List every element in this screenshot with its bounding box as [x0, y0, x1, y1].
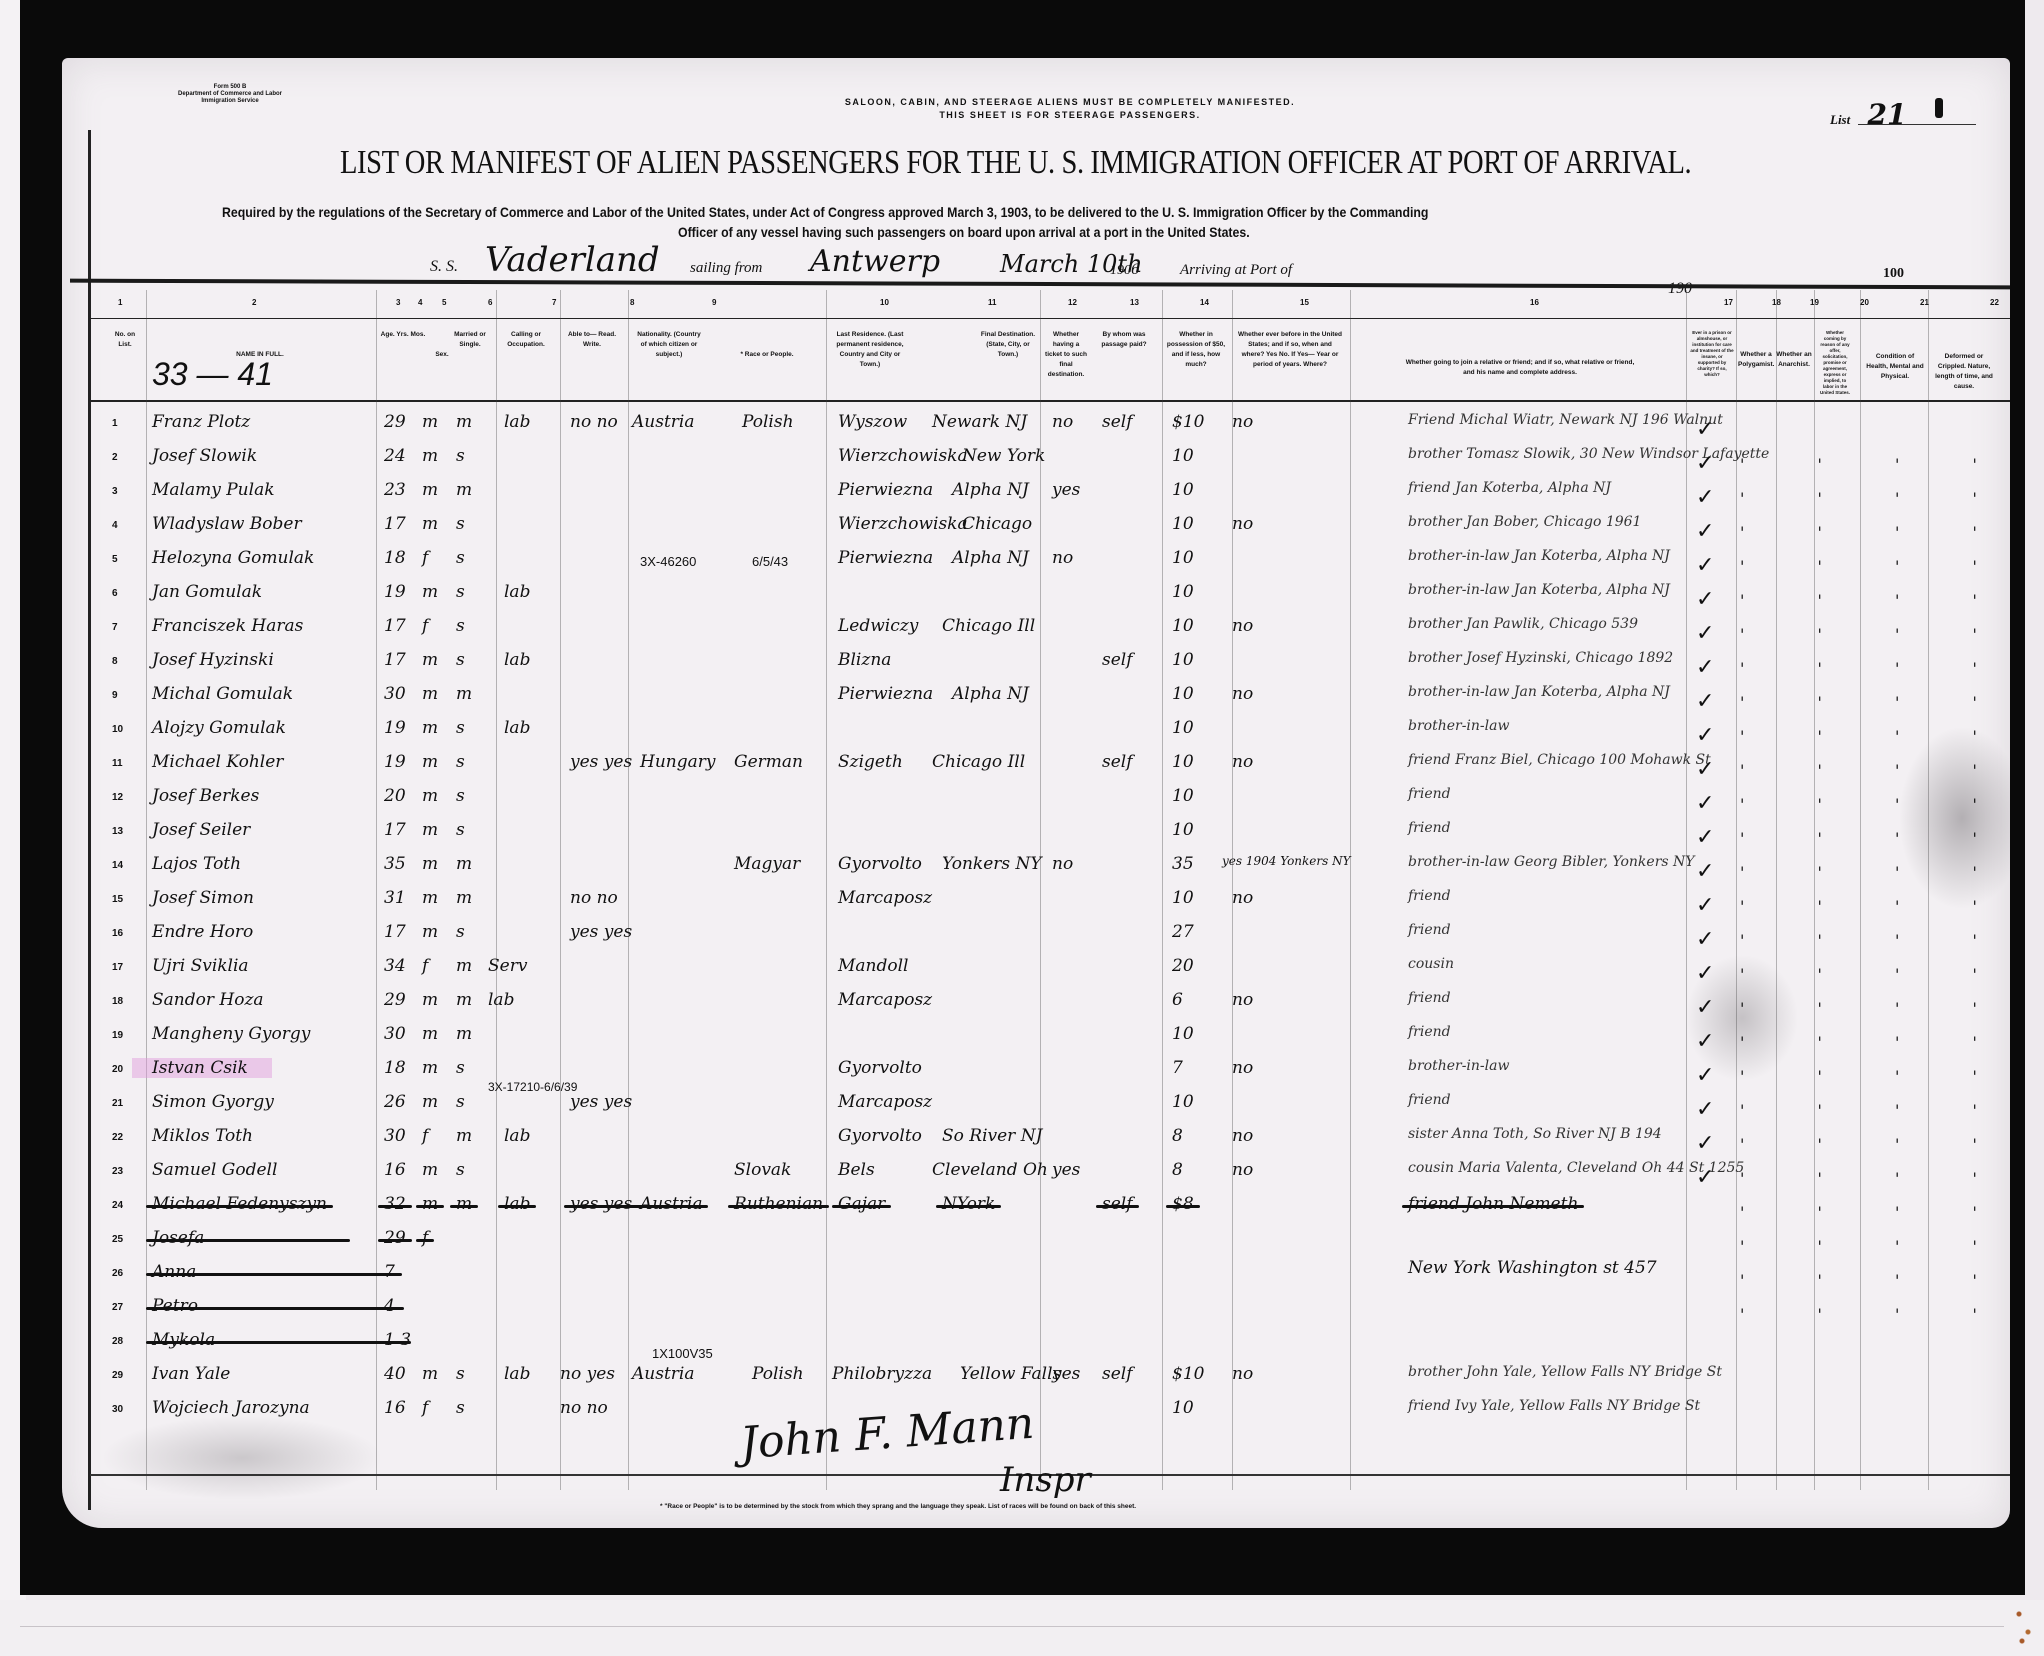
passenger-sex: f [422, 1228, 428, 1248]
passenger-occupation: lab [504, 1126, 530, 1146]
passenger-race: Slovak [734, 1160, 791, 1180]
passenger-marital: s [456, 514, 465, 534]
header-last-residence: Last Residence. (Last permanent residenc… [832, 330, 908, 370]
passenger-name: Michael Kohler [152, 752, 283, 772]
table-row-struck: 27 Petro 4 [92, 1292, 2012, 1326]
passenger-age: 29 [384, 412, 406, 432]
passenger-money: 20 [1172, 956, 1194, 976]
col-num: 3 [396, 298, 400, 307]
passenger-race: Polish [742, 412, 794, 432]
arriving-label: Arriving at Port of [1180, 262, 1292, 279]
passenger-age: 30 [384, 684, 406, 704]
col-num: 10 [880, 298, 889, 307]
passenger-marital: m [456, 1024, 472, 1044]
passenger-marital: s [456, 820, 465, 840]
passenger-joining: brother-in-law [1408, 1058, 1509, 1074]
passenger-nationality: Austria [632, 1364, 694, 1384]
passenger-name: Michael Fedenyszyn [152, 1194, 327, 1214]
passenger-age: 16 [384, 1160, 406, 1180]
column-numbers: 1 2 3 4 5 6 7 8 9 10 11 12 13 14 15 16 1… [90, 298, 2010, 316]
passenger-money: 10 [1172, 752, 1194, 772]
col-num: 16 [1530, 298, 1539, 307]
col-num: 4 [418, 298, 422, 307]
passenger-sex: m [422, 412, 438, 432]
passenger-age: 29 [384, 1228, 406, 1248]
passenger-joining: brother Tomasz Slowik, 30 New Windsor La… [1408, 446, 1769, 462]
passenger-money: 8 [1172, 1160, 1183, 1180]
passenger-joining: brother-in-law Georg Bibler, Yonkers NY [1408, 854, 1695, 870]
sailing-from-label: sailing from [690, 260, 762, 277]
passenger-residence: Pierwiezna [838, 548, 933, 568]
row-number: 23 [112, 1166, 123, 1177]
passenger-age: 32 [384, 1194, 406, 1214]
ship-name: Vaderland [485, 240, 660, 280]
sheet-number: 100 [1883, 266, 1904, 282]
passenger-residence: Szigeth [838, 752, 903, 772]
passenger-marital: m [456, 888, 472, 908]
row-number: 18 [112, 996, 123, 1007]
passenger-before-us: no [1232, 616, 1253, 636]
passenger-nationality: Austria [632, 412, 694, 432]
list-number-value: 21 [1867, 98, 1906, 131]
passenger-name: Lajos Toth [152, 854, 241, 874]
passenger-age: 19 [384, 718, 406, 738]
passenger-race: German [734, 752, 803, 772]
header-money: Whether in possession of $50, and if les… [1166, 330, 1226, 370]
header-contract-labor: Whether coming by reason of any offer, s… [1818, 330, 1852, 396]
row-number: 22 [112, 1132, 123, 1143]
table-row: 1 Franz Plotz 29 m m lab no no Austria P… [92, 408, 2012, 442]
rust-stain [2010, 1590, 2040, 1650]
col-num: 2 [252, 298, 256, 307]
passenger-marital: s [456, 1092, 465, 1112]
passenger-name: Franz Plotz [152, 412, 250, 432]
passenger-occupation: Serv [488, 956, 527, 976]
header-race: * Race or People. [736, 350, 798, 360]
header-age: Age. Yrs. Mos. [378, 330, 428, 340]
passenger-money: 27 [1172, 922, 1194, 942]
table-row: 19 Mangheny Gyorgy 30 m m 10 friend [92, 1020, 2012, 1054]
passenger-joining: brother-in-law Jan Koterba, Alpha NJ [1408, 582, 1670, 598]
passenger-money: $10 [1172, 412, 1204, 432]
passenger-name: Malamy Pulak [152, 480, 275, 500]
passenger-literacy: yes yes [570, 1092, 632, 1112]
row-number: 9 [112, 690, 118, 701]
naturalization-note: 3X-46260 [640, 554, 696, 569]
passenger-joining: friend [1408, 922, 1451, 938]
passenger-literacy: no no [570, 888, 618, 908]
row-number: 24 [112, 1200, 123, 1211]
passenger-money: 10 [1172, 1398, 1194, 1418]
ditto-marks: ' ' ' ' '' ' ' ' '' ' ' ' '' ' ' ' '' ' … [1740, 448, 2044, 1332]
header-passage-paid: By whom was passage paid? [1098, 330, 1150, 350]
row-number: 3 [112, 486, 118, 497]
col-num: 17 [1724, 298, 1733, 307]
passenger-age: 19 [384, 582, 406, 602]
row-number: 2 [112, 452, 118, 463]
table-row: 9 Michal Gomulak 30 m m Pierwiezna Alpha… [92, 680, 2012, 714]
passenger-name: Franciszek Haras [152, 616, 303, 636]
passenger-age: 18 [384, 1058, 406, 1078]
passenger-age: 35 [384, 854, 406, 874]
requirement-line-1: Required by the regulations of the Secre… [222, 204, 1428, 220]
passenger-sex: m [422, 786, 438, 806]
passenger-money: 10 [1172, 684, 1194, 704]
passenger-age: 1 3 [384, 1330, 411, 1350]
row-number: 19 [112, 1030, 123, 1041]
col-num: 20 [1860, 298, 1869, 307]
passenger-paid-by: self [1102, 412, 1133, 432]
passenger-money: 7 [1172, 1058, 1183, 1078]
passenger-before-us: no [1232, 1058, 1253, 1078]
passenger-sex: f [422, 616, 428, 636]
table-row: 12 Josef Berkes 20 m s 10 friend [92, 782, 2012, 816]
table-row: 23 Samuel Godell 16 m s Slovak Bels Clev… [92, 1156, 2012, 1190]
passenger-sex: m [422, 1364, 438, 1384]
col-num: 11 [988, 298, 996, 307]
naturalization-note: 3X-17210-6/6/39 [488, 1080, 577, 1094]
table-row-struck: 24 Michael Fedenyszyn 32 m m lab yes yes… [92, 1190, 2012, 1224]
passenger-age: 17 [384, 820, 406, 840]
col-num: 14 [1200, 298, 1209, 307]
passenger-age: 30 [384, 1024, 406, 1044]
passenger-residence: Philobryzza [832, 1364, 932, 1384]
passenger-name: Wladyslaw Bober [152, 514, 302, 534]
passenger-marital: m [456, 684, 472, 704]
table-row: 10 Alojzy Gomulak 19 m s lab 10 brother-… [92, 714, 2012, 748]
header-occupation: Calling or Occupation. [498, 330, 554, 350]
table-row: 4 Wladyslaw Bober 17 m s Wierzchowiska C… [92, 510, 2012, 544]
passenger-name: Endre Horo [152, 922, 253, 942]
header-joining: Whether going to join a relative or frie… [1400, 358, 1640, 378]
header-polygamist: Whether a Polygamist. [1738, 350, 1774, 370]
passenger-marital: s [456, 1160, 465, 1180]
passenger-money: $8 [1172, 1194, 1194, 1214]
table-row: 14 Lajos Toth 35 m m Magyar Gyorvolto Yo… [92, 850, 2012, 884]
passenger-marital: s [456, 786, 465, 806]
col-num: 15 [1300, 298, 1309, 307]
ship-prefix: S. S. [430, 258, 458, 276]
passenger-marital: s [456, 582, 465, 602]
passenger-destination: Alpha NJ [952, 480, 1029, 500]
passenger-money: 10 [1172, 650, 1194, 670]
ink-mark [1935, 98, 1943, 118]
passenger-joining: brother Jan Pawlik, Chicago 539 [1408, 616, 1638, 632]
passenger-sex: m [422, 684, 438, 704]
passenger-before-us: no [1232, 684, 1253, 704]
passenger-marital: s [456, 718, 465, 738]
passenger-sex: m [422, 1092, 438, 1112]
passenger-destination: So River NJ [942, 1126, 1042, 1146]
table-row: 8 Josef Hyzinski 17 m s lab Blizna self … [92, 646, 2012, 680]
passenger-age: 17 [384, 650, 406, 670]
passenger-money: 10 [1172, 1024, 1194, 1044]
passenger-money: 10 [1172, 616, 1194, 636]
passenger-residence: Mandoll [838, 956, 908, 976]
passenger-occupation: lab [504, 718, 530, 738]
table-row: 18 Sandor Hoza 29 m m lab Marcaposz 6 no… [92, 986, 2012, 1020]
passenger-joining: friend [1408, 786, 1451, 802]
passenger-name: Alojzy Gomulak [152, 718, 286, 738]
passenger-residence: Wierzchowiska [838, 514, 968, 534]
list-number: List 21 [1830, 98, 1906, 131]
row-number: 15 [112, 894, 123, 905]
table-row-struck: 26 Anna 7 [92, 1258, 2012, 1292]
table-row: 2 Josef Slowik 24 m s Wierzchowiska New … [92, 442, 2012, 476]
passenger-name: Ivan Yale [152, 1364, 230, 1384]
passenger-marital: m [456, 412, 472, 432]
passenger-money: 10 [1172, 582, 1194, 602]
passenger-sex: m [422, 650, 438, 670]
passenger-money: $10 [1172, 1364, 1204, 1384]
passenger-joining: sister Anna Toth, So River NJ B 194 [1408, 1126, 1662, 1142]
passenger-literacy: no yes [560, 1364, 615, 1384]
passenger-joining: friend John Nemeth [1408, 1194, 1578, 1214]
passenger-name: Josefa [152, 1228, 344, 1248]
passenger-destination: NYork [942, 1194, 995, 1214]
passenger-before-us: no [1232, 412, 1253, 432]
passenger-occupation: lab [488, 990, 514, 1010]
passenger-name: Michal Gomulak [152, 684, 293, 704]
sailing-port: Antwerp [810, 244, 940, 279]
passenger-marital: s [456, 548, 465, 568]
passenger-joining: brother Jan Bober, Chicago 1961 [1408, 514, 1641, 530]
passenger-name: Ujri Sviklia [152, 956, 249, 976]
passenger-money: 10 [1172, 820, 1194, 840]
passenger-marital: s [456, 922, 465, 942]
passenger-sex: m [422, 1194, 438, 1214]
passenger-ticket: no [1052, 854, 1073, 874]
passenger-money: 10 [1172, 514, 1194, 534]
list-underline [1858, 124, 1976, 125]
passenger-money: 10 [1172, 786, 1194, 806]
passenger-residence: Gajar [838, 1194, 885, 1214]
col-num: 13 [1130, 298, 1139, 307]
passenger-joining: cousin [1408, 956, 1454, 972]
row-number: 4 [112, 520, 118, 531]
year-printed: 190 [1110, 263, 1131, 278]
passenger-marital: s [456, 616, 465, 636]
margin-rule [88, 130, 91, 1510]
passenger-age: 23 [384, 480, 406, 500]
passenger-sex: m [422, 888, 438, 908]
row-number: 16 [112, 928, 123, 939]
requirement-line-2: Officer of any vessel having such passen… [678, 224, 1250, 240]
passenger-residence: Gyorvolto [838, 1126, 922, 1146]
passenger-money: 10 [1172, 888, 1194, 908]
passenger-name: Petro [152, 1296, 398, 1316]
passenger-money: 10 [1172, 718, 1194, 738]
passenger-destination: Yellow Falls [960, 1364, 1061, 1384]
arriving-year: 190 [1668, 280, 1692, 298]
passenger-residence: Gyorvolto [838, 854, 922, 874]
col-num: 9 [712, 298, 716, 307]
passenger-race: Ruthenian [734, 1194, 823, 1214]
passenger-before-us: yes 1904 Yonkers NY [1222, 854, 1351, 868]
header-read-write: Able to— Read. Write. [562, 330, 622, 350]
col-num: 12 [1068, 298, 1077, 307]
column-number-rule [90, 318, 2010, 319]
passenger-joining: brother John Yale, Yellow Falls NY Bridg… [1408, 1364, 1722, 1380]
passenger-nationality: Hungary [640, 752, 715, 772]
table-row-highlighted: 20 Istvan Csik 18 m s Gyorvolto 7 no bro… [92, 1054, 2012, 1088]
passenger-destination: Newark NJ [932, 412, 1027, 432]
passenger-marital: s [456, 1398, 465, 1418]
row-number: 28 [112, 1336, 123, 1347]
passenger-residence: Blizna [838, 650, 891, 670]
passenger-marital: s [456, 752, 465, 772]
col-num: 5 [442, 298, 446, 307]
passenger-name: Helozyna Gomulak [152, 548, 314, 568]
passenger-money: 8 [1172, 1126, 1183, 1146]
passenger-marital: s [456, 1364, 465, 1384]
passenger-occupation: lab [504, 582, 530, 602]
passenger-sex: m [422, 514, 438, 534]
passenger-destination: Chicago Ill [942, 616, 1035, 636]
passenger-before-us: no [1232, 1160, 1253, 1180]
group-mark: 33 — 41 [152, 356, 273, 393]
passenger-sex: m [422, 718, 438, 738]
passenger-sex: f [422, 1126, 428, 1146]
passenger-race: Polish [752, 1364, 804, 1384]
passenger-destination: Alpha NJ [952, 684, 1029, 704]
row-number: 30 [112, 1404, 123, 1415]
passenger-name: Jan Gomulak [152, 582, 262, 602]
table-row: 11 Michael Kohler 19 m s yes yes Hungary… [92, 748, 2012, 782]
header-no: No. on List. [110, 330, 140, 350]
passenger-age: 20 [384, 786, 406, 806]
passenger-sex: m [422, 922, 438, 942]
passenger-occupation: lab [504, 1364, 530, 1384]
row-number: 8 [112, 656, 118, 667]
passenger-joining: brother Josef Hyzinski, Chicago 1892 [1408, 650, 1673, 666]
passenger-residence: Marcaposz [838, 990, 932, 1010]
passenger-ticket: yes [1052, 1160, 1080, 1180]
passenger-marital: m [456, 854, 472, 874]
passenger-age: 17 [384, 922, 406, 942]
table-row: 16 Endre Horo 17 m s yes yes 27 friend [92, 918, 2012, 952]
passenger-marital: s [456, 1058, 465, 1078]
passenger-joining: brother-in-law Jan Koterba, Alpha NJ [1408, 548, 1670, 564]
passenger-name: Josef Hyzinski [152, 650, 274, 670]
passenger-literacy: yes yes [570, 922, 632, 942]
col-num: 22 [1990, 298, 1999, 307]
row-number: 13 [112, 826, 123, 837]
passenger-sex: f [422, 548, 428, 568]
passenger-age: 18 [384, 548, 406, 568]
passenger-before-us: no [1232, 888, 1253, 908]
passenger-sex: m [422, 752, 438, 772]
header-final-destination: Final Destination. (State, City, or Town… [976, 330, 1040, 360]
scanner-bed [0, 1600, 2044, 1656]
passenger-joining: friend [1408, 1092, 1451, 1108]
passenger-name: Mangheny Gyorgy [152, 1024, 310, 1044]
row-number: 29 [112, 1370, 123, 1381]
row-number: 20 [112, 1064, 123, 1075]
passenger-sex: f [422, 1398, 428, 1418]
table-row: 7 Franciszek Haras 17 f s Ledwiczy Chica… [92, 612, 2012, 646]
passenger-residence: Ledwiczy [838, 616, 918, 636]
col-num: 6 [488, 298, 492, 307]
passenger-money: 10 [1172, 480, 1194, 500]
passenger-marital: m [456, 990, 472, 1010]
passenger-residence: Wierzchowiska [838, 446, 968, 466]
passenger-before-us: no [1232, 752, 1253, 772]
table-row-struck: 28 Mykola 1 3 [92, 1326, 2012, 1360]
passenger-age: 29 [384, 990, 406, 1010]
passenger-name: Josef Seiler [152, 820, 250, 840]
row-number: 11 [112, 758, 123, 769]
annotation-code: 1X100V35 [652, 1346, 713, 1361]
manifest-warning: SALOON, CABIN, AND STEERAGE ALIENS MUST … [700, 96, 1440, 122]
passenger-literacy: yes yes [570, 1194, 632, 1214]
passenger-age: 31 [384, 888, 406, 908]
passenger-joining: brother-in-law [1408, 718, 1509, 734]
passenger-marital: s [456, 446, 465, 466]
row-number: 6 [112, 588, 118, 599]
row-number: 25 [112, 1234, 123, 1245]
passenger-sex: m [422, 1160, 438, 1180]
list-label: List [1830, 112, 1850, 127]
col-num: 7 [552, 298, 556, 307]
passenger-money: 10 [1172, 548, 1194, 568]
passenger-age: 19 [384, 752, 406, 772]
passenger-nationality: Austria [640, 1194, 702, 1214]
year-prefix: 1906 [1110, 262, 1140, 279]
passenger-before-us: no [1232, 990, 1253, 1010]
passenger-sex: m [422, 582, 438, 602]
passenger-joining: Friend Michal Wiatr, Newark NJ 196 Walnu… [1408, 412, 1723, 428]
table-row: 29 Ivan Yale 40 m s lab no yes Austria 1… [92, 1360, 2012, 1394]
passenger-destination: Chicago [962, 514, 1032, 534]
passenger-money: 10 [1172, 1092, 1194, 1112]
passenger-money: 35 [1172, 854, 1194, 874]
passenger-literacy: no no [560, 1398, 608, 1418]
passenger-destination: Alpha NJ [952, 548, 1029, 568]
header-health: Condition of Health, Mental and Physical… [1866, 352, 1924, 382]
passenger-residence: Bels [838, 1160, 875, 1180]
passenger-marital: m [456, 480, 472, 500]
department-name: Department of Commerce and Labor [170, 91, 290, 98]
passenger-literacy: yes yes [570, 752, 632, 772]
passenger-occupation: lab [504, 1194, 530, 1214]
inspector-title: Inspr [1000, 1460, 1091, 1500]
row-number: 5 [112, 554, 118, 565]
row-number: 21 [112, 1098, 123, 1109]
passenger-ticket: no [1052, 412, 1073, 432]
header-anarchist: Whether an Anarchist. [1776, 350, 1812, 370]
form-number: Form 500 B [170, 84, 290, 91]
passenger-paid-by: self [1102, 752, 1133, 772]
table-row: 22 Miklos Toth 30 f m lab Gyorvolto So R… [92, 1122, 2012, 1156]
passenger-paid-by: self [1102, 1364, 1133, 1384]
naturalization-date: 6/5/43 [752, 554, 788, 569]
passenger-sex: m [422, 820, 438, 840]
table-row: 3 Malamy Pulak 23 m m Pierwiezna Alpha N… [92, 476, 2012, 510]
passenger-age: 4 [384, 1296, 395, 1316]
passenger-sex: m [422, 1024, 438, 1044]
header-nationality: Nationality. (Country of which citizen o… [634, 330, 704, 360]
service-name: Immigration Service [170, 98, 290, 105]
passenger-marital: m [456, 1126, 472, 1146]
passenger-joining: friend Jan Koterba, Alpha NJ [1408, 480, 1611, 496]
passenger-age: 17 [384, 616, 406, 636]
row-number: 14 [112, 860, 123, 871]
passenger-occupation: lab [504, 650, 530, 670]
passenger-sex: m [422, 854, 438, 874]
col-num: 8 [630, 298, 634, 307]
row-number: 27 [112, 1302, 123, 1313]
